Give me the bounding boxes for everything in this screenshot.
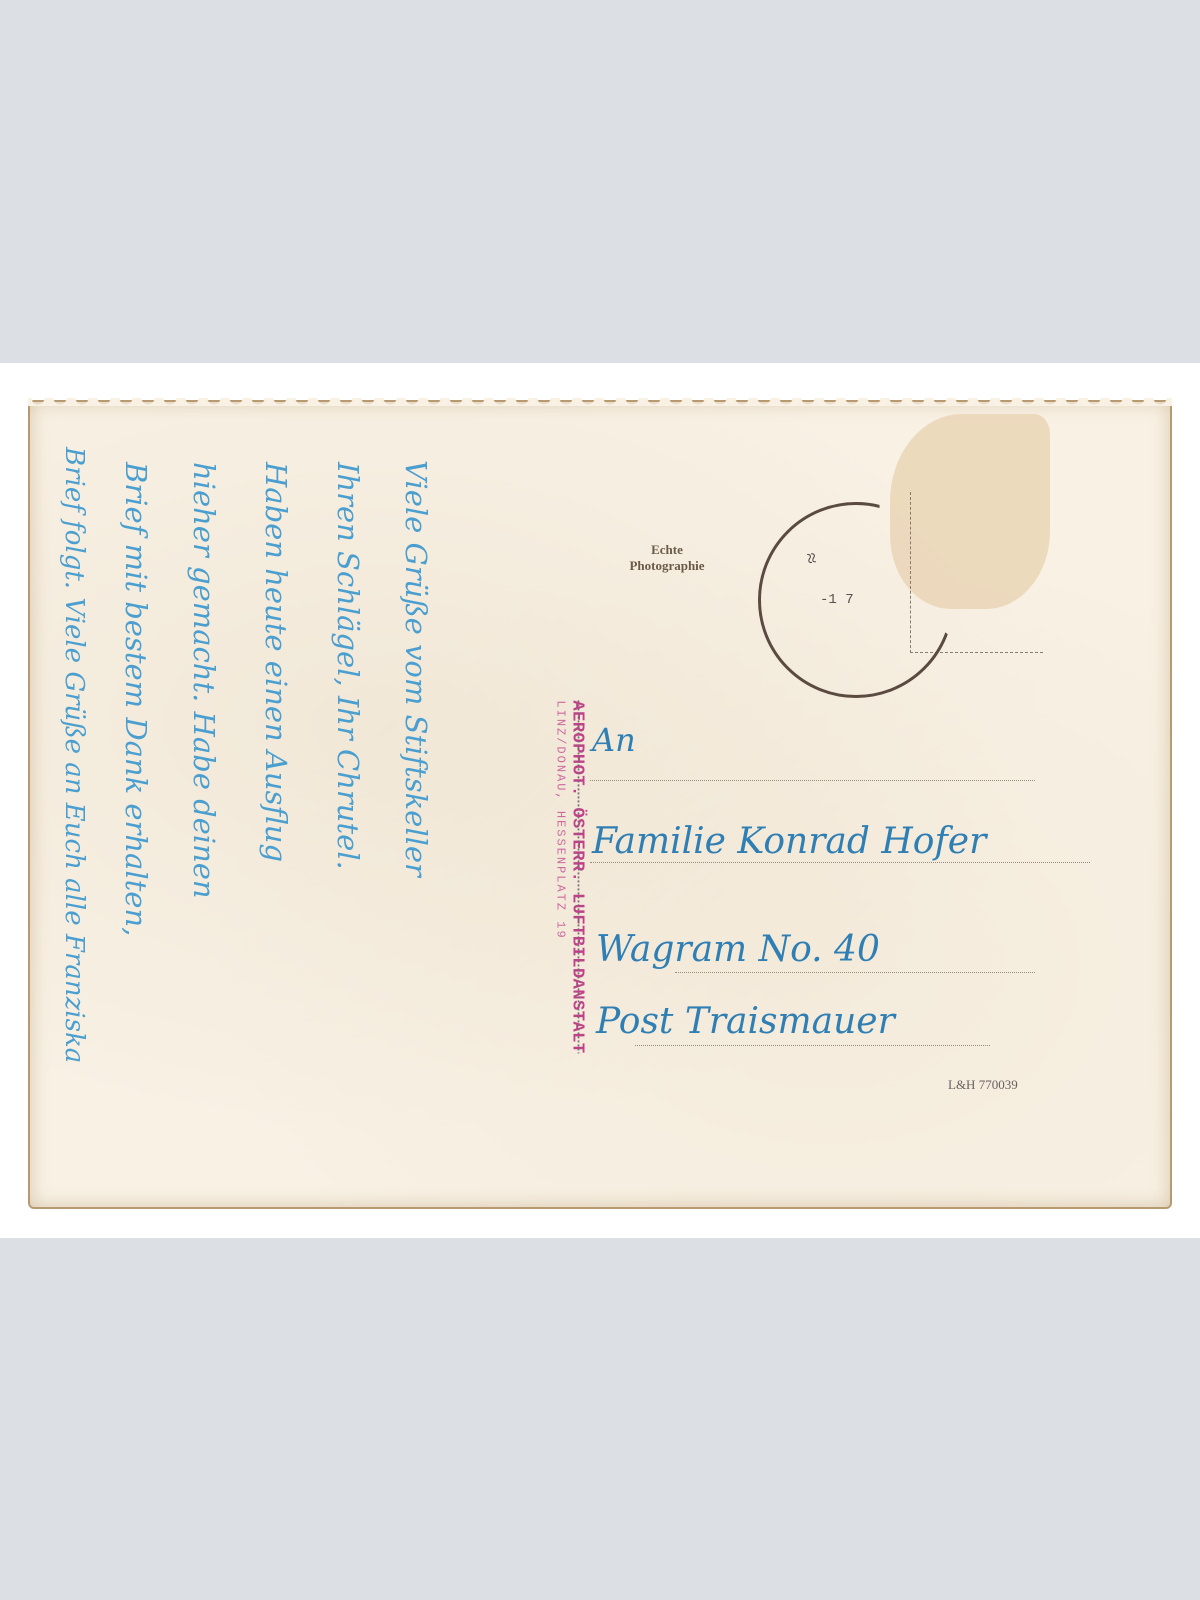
address-recipient: Familie Konrad Hofer xyxy=(592,822,986,862)
message-line: Brief folgt. Viele Grüße an Euch alle Fr… xyxy=(58,447,90,1063)
address-rule xyxy=(590,862,1090,863)
publisher-stamp: AEROPHOT. ÖSTERR. LUFTBILDANSTALT LINZ/D… xyxy=(540,607,600,1147)
message-line: Viele Grüße vom Stiftskeller xyxy=(400,460,432,877)
address-post: Post Traismauer xyxy=(596,1002,895,1042)
postcard: Viele Grüße vom Stiftskeller Ihren Schlä… xyxy=(28,400,1172,1209)
publisher-name: AEROPHOT. ÖSTERR. LUFTBILDANSTALT xyxy=(568,700,587,1053)
address-rule xyxy=(590,780,1035,781)
message-line: Haben heute einen Ausflug xyxy=(260,462,292,862)
serial-value: 770039 xyxy=(979,1077,1018,1092)
message-line: Brief mit bestem Dank erhalten, xyxy=(120,462,152,936)
serial-number: L&H 770039 xyxy=(948,1077,1018,1093)
address-street: Wagram No. 40 xyxy=(596,930,880,970)
message-line: hieher gemacht. Habe deinen xyxy=(188,462,220,899)
postmark-date: -1 7 xyxy=(820,592,854,608)
message-line: Ihren Schlägel, Ihr Chrutel. xyxy=(332,462,364,870)
address-rule xyxy=(675,972,1035,973)
printed-label: Echte Photographie xyxy=(617,542,717,574)
serial-prefix: L&H xyxy=(948,1077,975,1092)
address-rule xyxy=(635,1045,990,1046)
printed-label-line: Photographie xyxy=(617,558,717,574)
address-salutation: An xyxy=(592,720,636,760)
publisher-address: LINZ/DONAU, HESSENPLATZ 19 xyxy=(554,700,568,1053)
printed-label-line: Echte xyxy=(617,542,717,558)
